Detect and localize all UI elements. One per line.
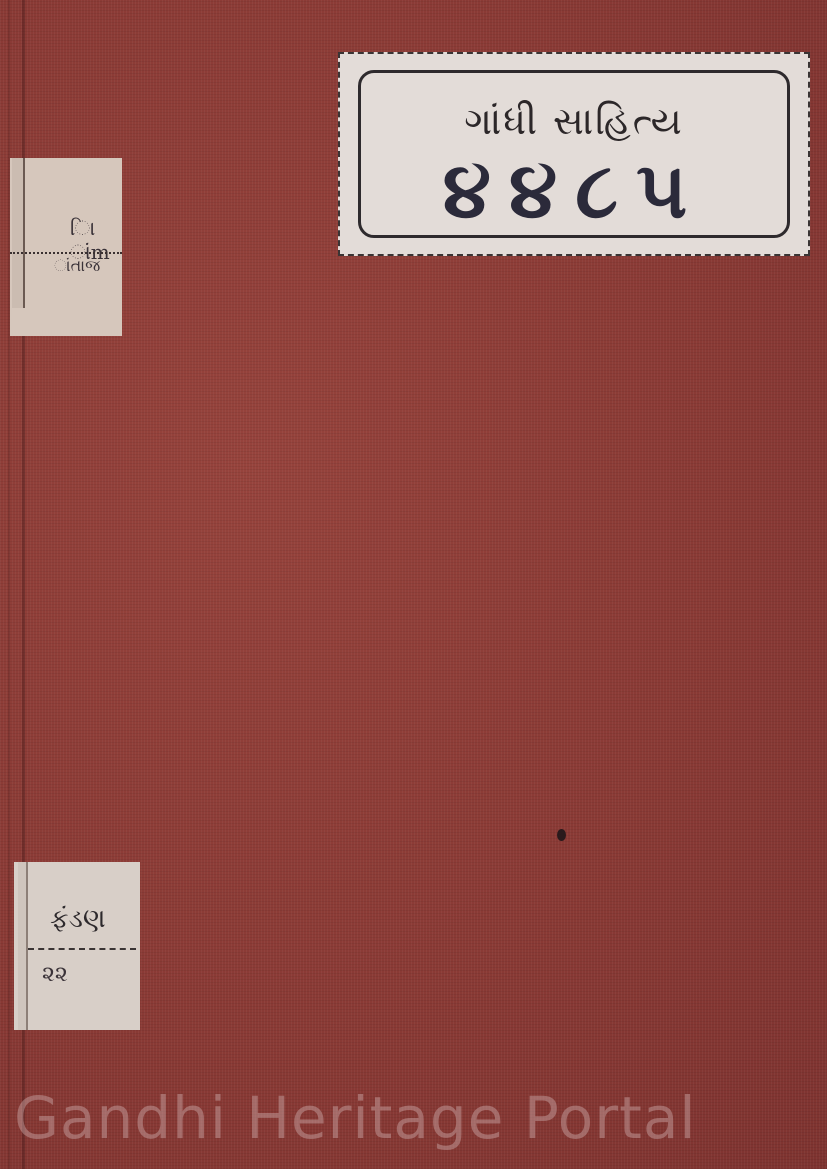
spine-tag-strip: [12, 158, 25, 308]
label-number: ૪૪૮૫: [361, 151, 787, 231]
spine-tag-top: ાિ ાંm ાંતાજ: [10, 158, 122, 336]
spine-tag-top-line2: ાંતાજ: [54, 256, 100, 276]
catalog-label-border: ગાંધી સાહિત્ય ૪૪૮૫: [358, 70, 790, 238]
spine-tag-bottom-line1: ફંડણ: [50, 904, 106, 935]
spine-tag-bottom-line2: ૨૨: [42, 962, 68, 987]
spine-tag-bottom: ફંડણ ૨૨: [14, 862, 140, 1030]
ink-spot: [557, 829, 566, 841]
label-title: ગાંધી સાહિત્ય: [361, 99, 787, 144]
spine-tag-strip: [18, 862, 28, 1030]
catalog-label: ગાંધી સાહિત્ય ૪૪૮૫: [338, 52, 810, 256]
spine-tag-divider: [28, 948, 136, 950]
watermark: Gandhi Heritage Portal: [14, 1084, 814, 1152]
spine-tag-divider: [10, 252, 122, 254]
